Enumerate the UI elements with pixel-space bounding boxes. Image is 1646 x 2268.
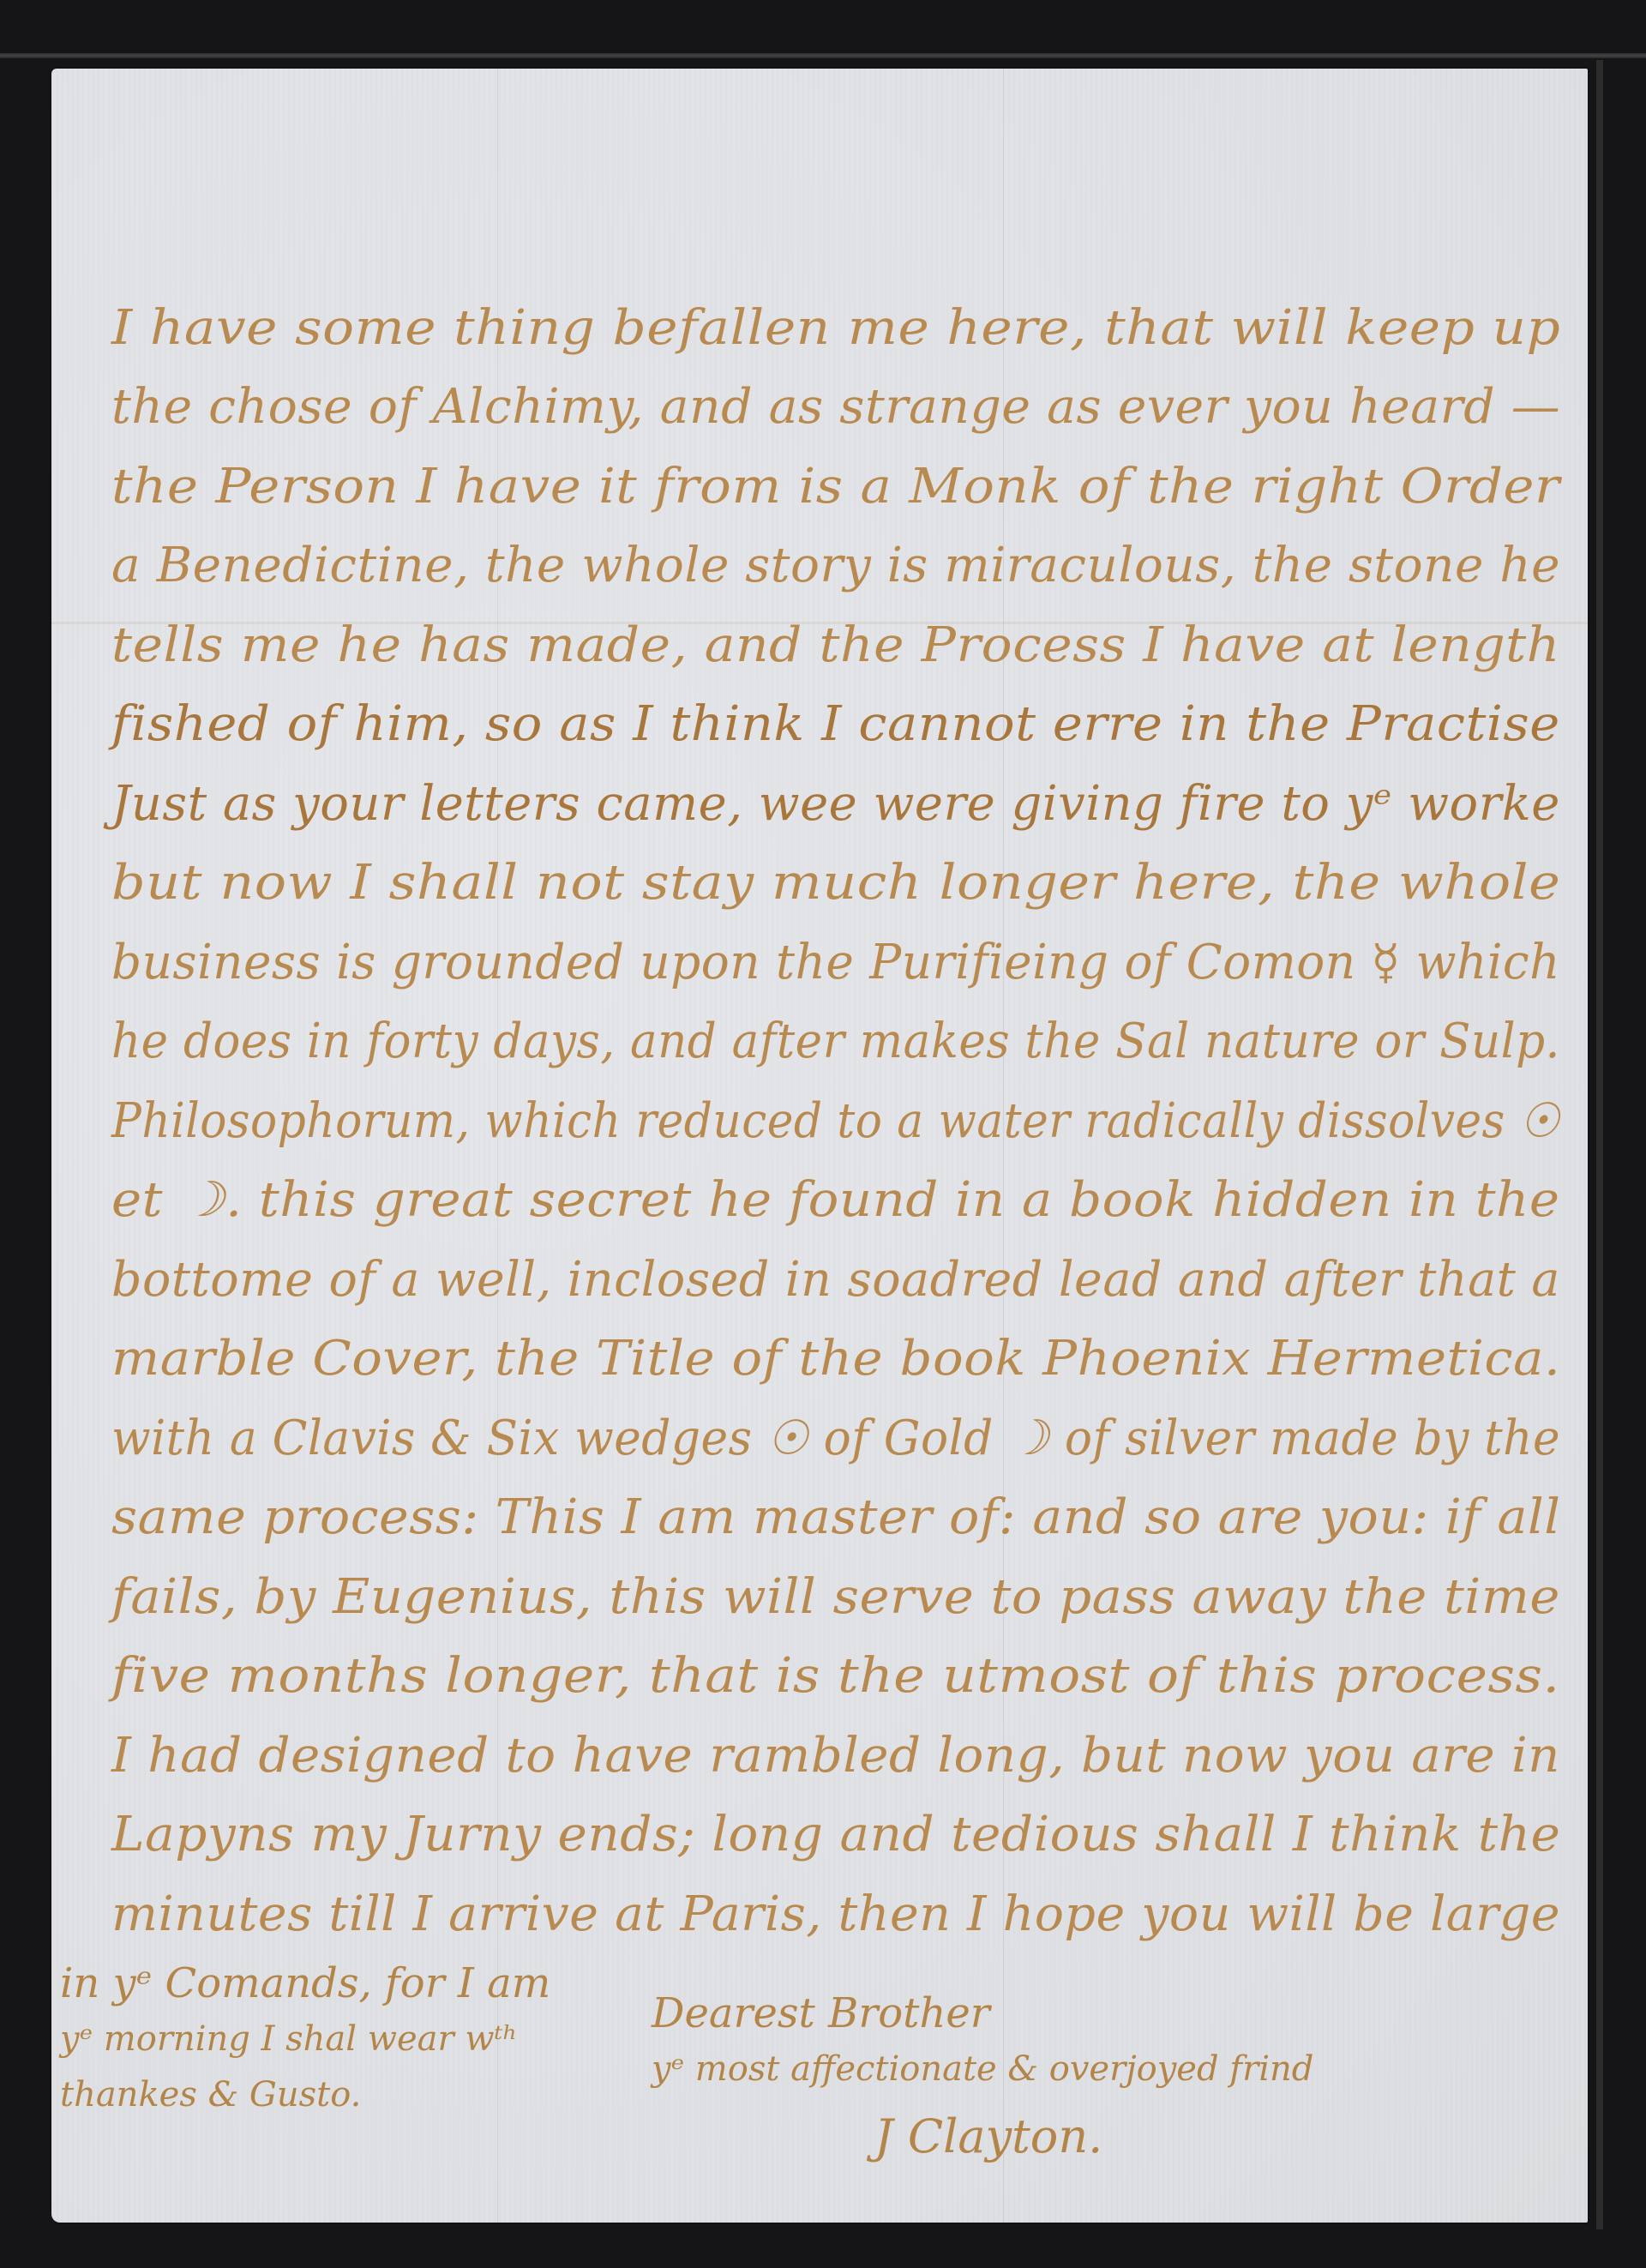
letter-line-10: he does in forty days, and after makes t…: [111, 1014, 1560, 1069]
letter-line-13: bottome of a well, inclosed in soadred l…: [111, 1252, 1560, 1308]
letter-page: I have some thing befallen me here, that…: [51, 69, 1588, 2223]
letter-line-15: with a Clavis & Six wedges ☉ of Gold ☽ o…: [111, 1411, 1560, 1466]
letter-line-9: business is grounded upon the Purifieing…: [111, 935, 1560, 990]
letter-line-5: tells me he has made, and the Process I …: [111, 617, 1560, 673]
salutation: Dearest Brother: [652, 1989, 990, 2037]
letter-line-16: same process: This I am master of: and s…: [111, 1489, 1560, 1545]
signature: J Clayton.: [874, 2109, 1102, 2163]
letter-line-18: five months longer, that is the utmost o…: [111, 1648, 1560, 1704]
letter-line-2: the chose of Alchimy, and as strange as …: [111, 379, 1560, 435]
letter-line-6: fished of him, so as I think I cannot er…: [111, 696, 1560, 752]
closing-left-line-2: yᵉ morning I shal wear wᵗʰ: [60, 2019, 518, 2059]
letter-line-7: Just as your letters came, wee were givi…: [111, 776, 1560, 832]
closing-left-line-1: in yᵉ Comands, for I am: [60, 1959, 550, 2007]
letter-line-1: I have some thing befallen me here, that…: [111, 300, 1560, 356]
letter-line-14: marble Cover, the Title of the book Phoe…: [111, 1331, 1560, 1387]
letter-line-17: fails, by Eugenius, this will serve to p…: [111, 1569, 1560, 1625]
letter-line-4: a Benedictine, the whole story is miracu…: [111, 538, 1560, 593]
letter-line-3: the Person I have it from is a Monk of t…: [111, 459, 1560, 514]
mount-edge-top: [0, 53, 1646, 58]
mount-edge-right: [1596, 60, 1603, 2229]
letter-line-19: I had designed to have rambled long, but…: [111, 1728, 1560, 1784]
letter-line-12: et ☽. this great secret he found in a bo…: [111, 1172, 1560, 1228]
letter-line-8: but now I shall not stay much longer her…: [111, 855, 1560, 911]
closing-left-line-3: thankes & Gusto.: [60, 2075, 361, 2115]
letter-line-20: Lapyns my Jurny ends; long and tedious s…: [111, 1807, 1560, 1862]
letter-line-11: Philosophorum, which reduced to a water …: [111, 1093, 1560, 1149]
letter-line-21: minutes till I arrive at Paris, then I h…: [111, 1886, 1560, 1942]
valediction: yᵉ most affectionate & overjoyed frind: [652, 2049, 1313, 2089]
